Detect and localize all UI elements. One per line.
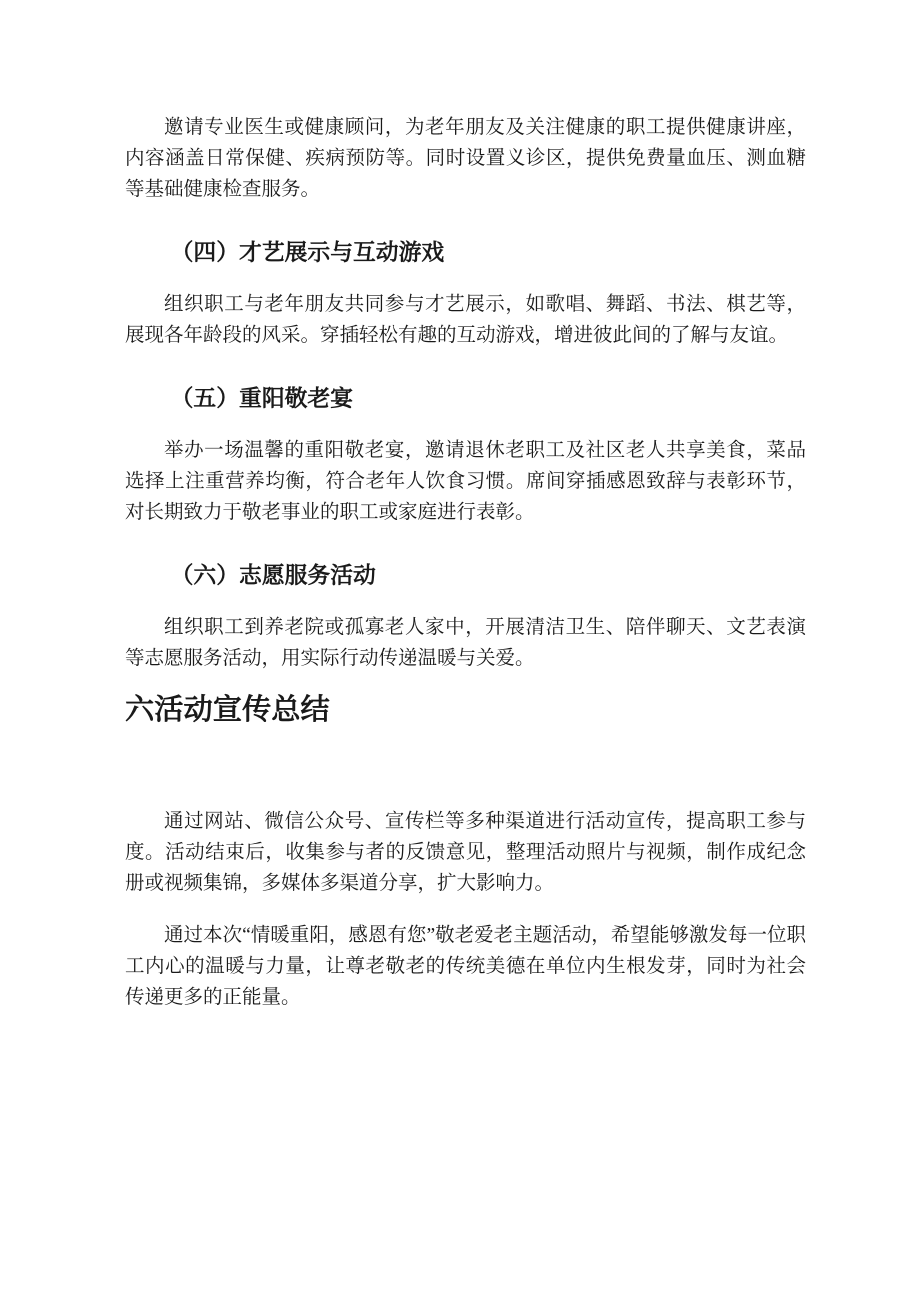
heading-section-4-talent-show: （四）才艺展示与互动游戏 [125,237,806,268]
paragraph-closing: 通过本次“情暖重阳，感恩有您”敬老爱老主题活动，希望能够激发每一位职工内心的温暖… [125,920,806,1013]
heading-publicity-summary: 六活动宣传总结 [125,695,806,726]
document-page: 邀请专业医生或健康顾问，为老年朋友及关注健康的职工提供健康讲座，内容涵盖日常保健… [0,0,920,1301]
heading-section-6-volunteer: （六）志愿服务活动 [125,560,806,591]
paragraph-publicity: 通过网站、微信公众号、宣传栏等多种渠道进行活动宣传，提高职工参与度。活动结束后，… [125,806,806,899]
paragraph-banquet: 举办一场温馨的重阳敬老宴，邀请退休老职工及社区老人共享美食，菜品选择上注重营养均… [125,435,806,528]
paragraph-health-lecture: 邀请专业医生或健康顾问，为老年朋友及关注健康的职工提供健康讲座，内容涵盖日常保健… [125,112,806,205]
paragraph-talent-show: 组织职工与老年朋友共同参与才艺展示，如歌唱、舞蹈、书法、棋艺等，展现各年龄段的风… [125,289,806,351]
heading-section-5-banquet: （五）重阳敬老宴 [125,383,806,414]
paragraph-volunteer: 组织职工到养老院或孤寡老人家中，开展清洁卫生、陪伴聊天、文艺表演等志愿服务活动，… [125,612,806,674]
